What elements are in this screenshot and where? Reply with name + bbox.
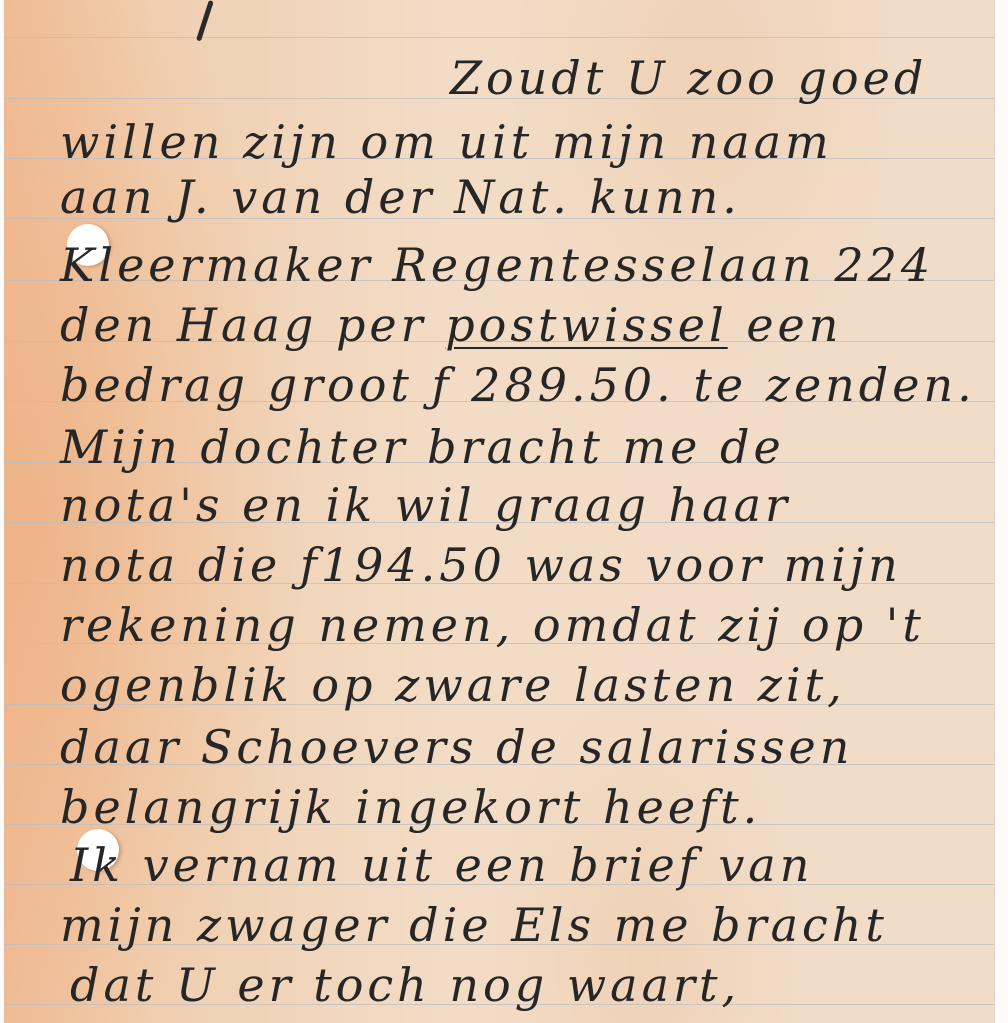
letter-line-2: willen zijn om uit mijn naam — [60, 119, 833, 165]
letter-line-14: Ik vernam uit een brief van — [70, 842, 813, 888]
letter-line-10: rekening nemen, omdat zij op 't — [60, 602, 925, 648]
letter-line-5-post: een — [728, 298, 843, 352]
letter-line-9: nota die ƒ194.50 was voor mijn — [60, 542, 902, 588]
underlined-word-postwissel: postwissel — [445, 298, 727, 352]
letter-line-12: daar Schoevers de salarissen — [60, 724, 853, 770]
letter-line-7: Mijn dochter bracht me de — [60, 424, 785, 470]
letter-line-16: dat U er toch nog waart, — [70, 962, 740, 1008]
letter-line-5: den Haag per postwissel een — [60, 302, 842, 348]
letter-line-8: nota's en ik wil graag haar — [60, 482, 791, 528]
letter-page: Zoudt U zoo goed willen zijn om uit mijn… — [4, 0, 994, 1023]
ruled-line — [4, 37, 994, 38]
letter-line-15: mijn zwager die Els me bracht — [60, 902, 888, 948]
letter-line-3: aan J. van der Nat. kunn. — [60, 174, 741, 220]
letter-line-13: belangrijk ingekort heeft. — [60, 784, 761, 830]
partial-ink-stroke — [196, 0, 214, 41]
letter-line-6: bedrag groot ƒ 289.50. te zenden. — [60, 362, 976, 408]
letter-line-11: ogenblik op zware lasten zit, — [60, 662, 846, 708]
letter-line-1: Zoudt U zoo goed — [450, 55, 927, 101]
letter-line-4: Kleermaker Regentesselaan 224 — [60, 242, 934, 288]
letter-line-5-pre: den Haag per — [60, 298, 445, 352]
